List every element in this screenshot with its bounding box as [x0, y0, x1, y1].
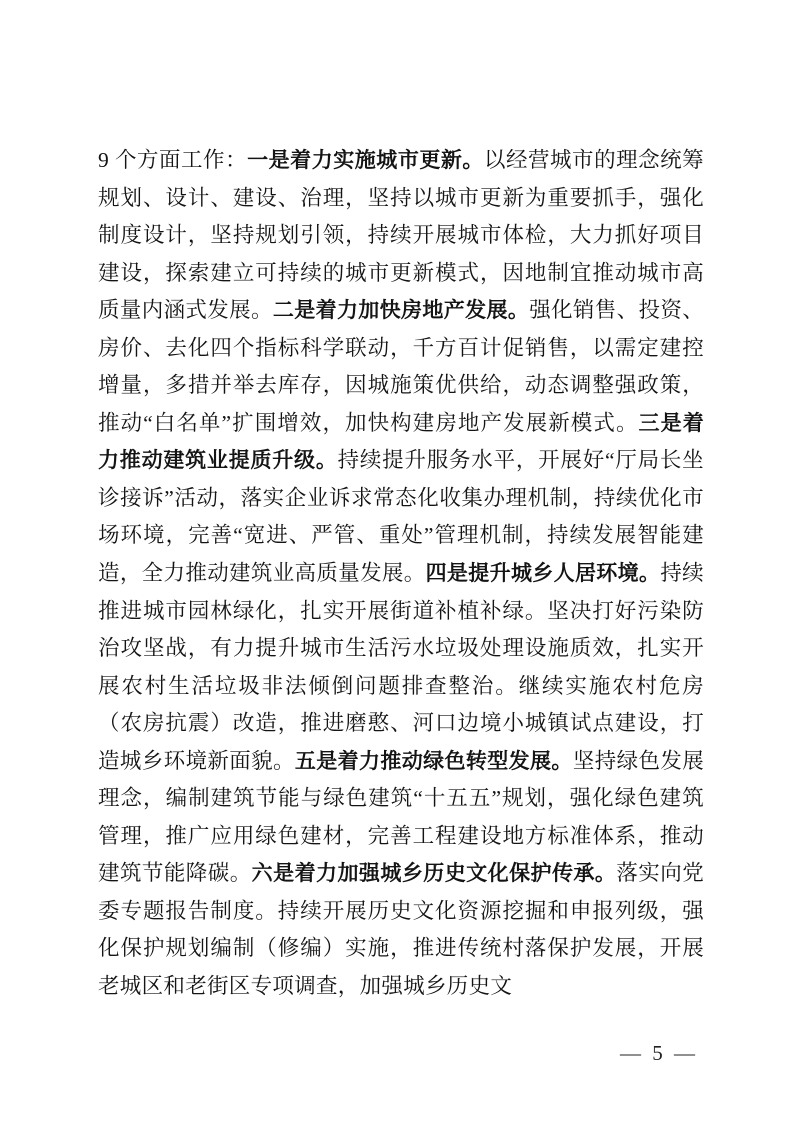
body-paragraph: 9 个方面工作：一是着力实施城市更新。以经营城市的理念统筹规划、设计、建设、治理… [98, 142, 704, 1006]
text-run: 以经营城市的理念统筹规划、设计、建设、治理，坚持以城市更新为重要抓手，强化制度设… [98, 148, 704, 322]
text-run: 持续推进城市园林绿化，扎实开展街道补植补绿。坚决打好污染防治攻坚战，有力提升城市… [98, 561, 704, 773]
emphasis-run: 四是提升城乡人居环境。 [426, 562, 661, 585]
document-page: 9 个方面工作：一是着力实施城市更新。以经营城市的理念统筹规划、设计、建设、治理… [0, 0, 793, 1122]
page-number: — 5 — [620, 1038, 698, 1068]
emphasis-run: 五是着力推动绿色转型发展。 [295, 750, 573, 773]
text-run: 9 个方面工作： [98, 148, 247, 172]
emphasis-run: 一是着力实施城市更新。 [247, 149, 484, 172]
emphasis-run: 六是着力加强城乡历史文化保护传承。 [252, 862, 617, 885]
emphasis-run: 二是着力加快房地产发展。 [273, 299, 529, 322]
